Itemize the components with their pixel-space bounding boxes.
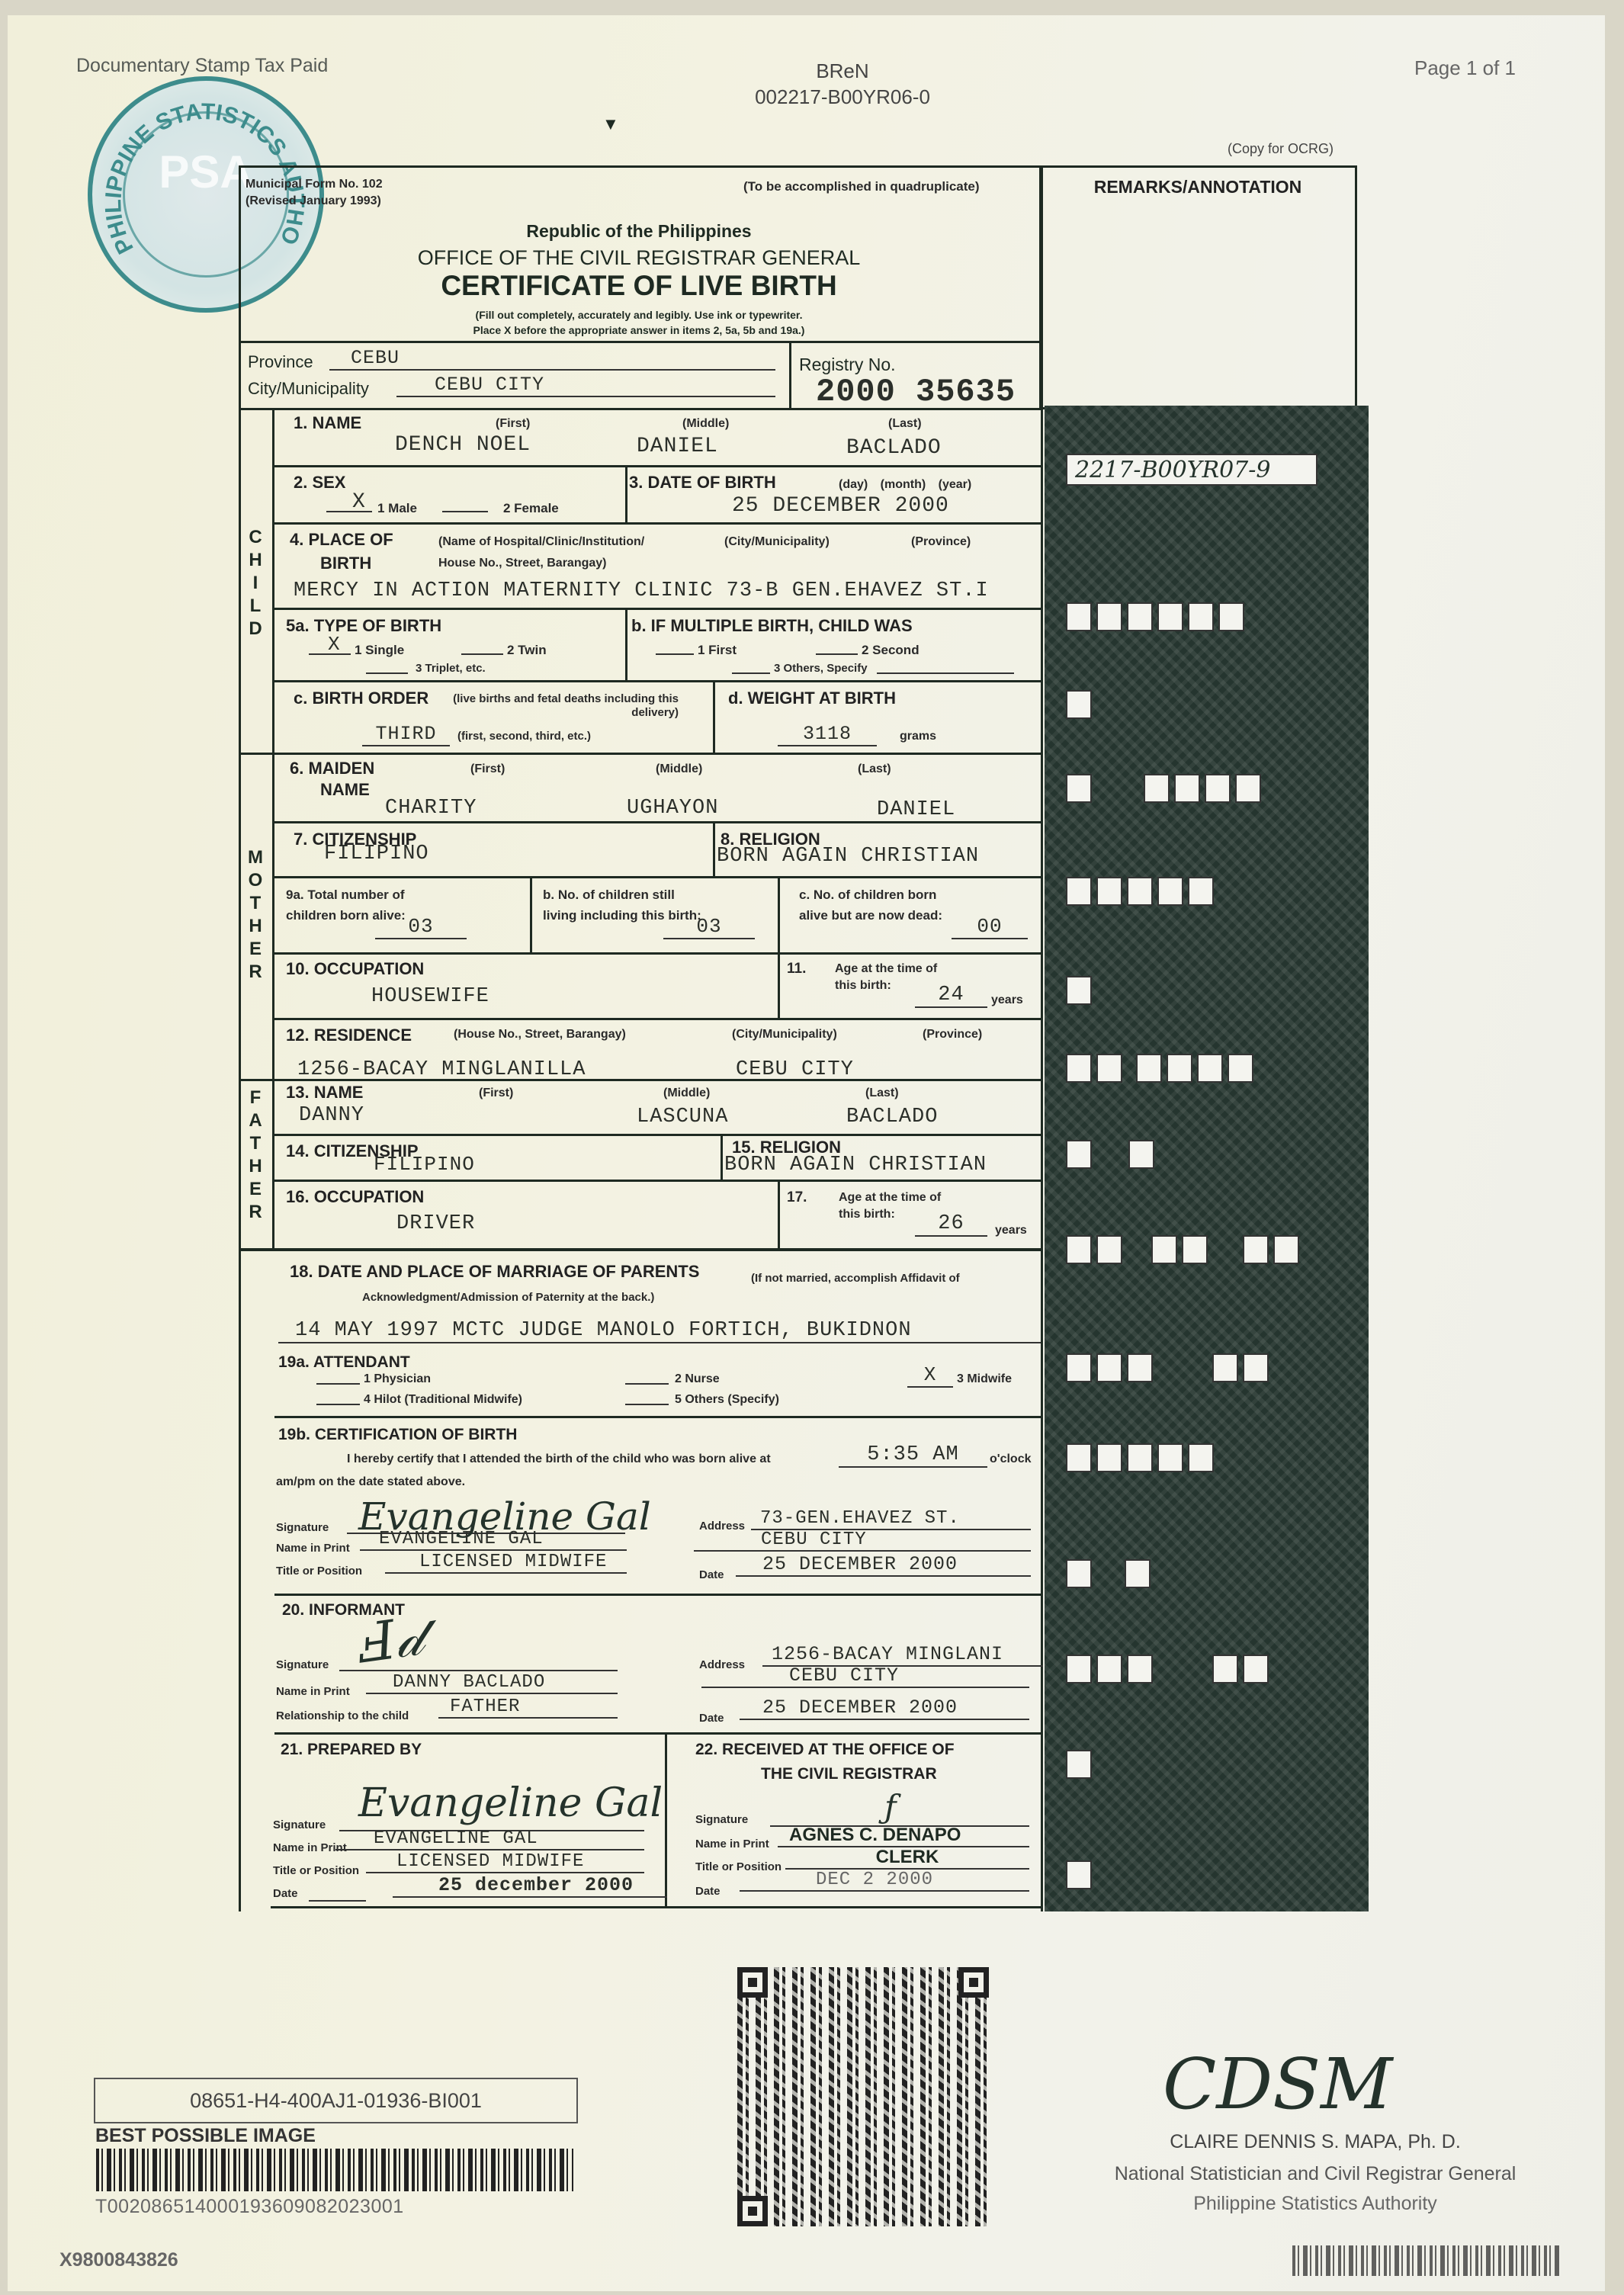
annotation-cell [1128, 1140, 1154, 1169]
others-option: 3 Others, Specify [774, 662, 868, 675]
annotation-cell [1182, 1235, 1208, 1264]
dob-parts: (day) (month) (year) [839, 478, 971, 492]
pob-hint-1: (Name of Hospital/Clinic/Institution/ [438, 535, 644, 549]
cert-signature-label: Signature [276, 1521, 329, 1534]
divider [272, 465, 1042, 467]
divider [272, 680, 1042, 682]
prepared-date-label: Date [273, 1887, 298, 1900]
triplet-blank [366, 663, 408, 674]
annotation-cell [1157, 602, 1183, 631]
annotation-cell [1273, 1235, 1299, 1264]
child-last-name: BACLADO [846, 436, 942, 460]
qr-finder [737, 2196, 768, 2226]
residence-city-hint: (City/Municipality) [732, 1028, 837, 1042]
divider [721, 1134, 723, 1180]
male-blank [326, 502, 372, 512]
annotation-cell [1127, 1353, 1153, 1382]
barcode-left-cont [412, 2149, 573, 2191]
received-name: AGNES C. DENAPO [778, 1825, 1029, 1847]
annotation-cell [1212, 1655, 1238, 1684]
section-letter: L [240, 595, 271, 618]
first-blank [656, 644, 694, 655]
cert-date-label: Date [699, 1568, 724, 1581]
maiden-label-2: NAME [320, 780, 370, 800]
annotation-box: 2217-B00YR07-9 [1066, 454, 1317, 486]
mark-icon: ▼ [602, 114, 619, 134]
barcode-number: T002086514000193609082023001 [95, 2196, 404, 2218]
agency-name: Philippine Statistics Authority [1067, 2193, 1563, 2215]
received-label-2: THE CIVIL REGISTRAR [761, 1765, 937, 1783]
female-blank [442, 502, 488, 512]
father-religion: BORN AGAIN CHRISTIAN [724, 1154, 987, 1176]
pob-value: MERCY IN ACTION MATERNITY CLINIC 73-B GE… [294, 579, 989, 602]
mother-occupation: HOUSEWIFE [371, 985, 489, 1008]
attendant-label: 19a. ATTENDANT [278, 1353, 410, 1372]
middle-label: (Middle) [682, 417, 729, 431]
annotation-cell [1243, 1235, 1269, 1264]
copy-for-ocrg: (Copy for OCRG) [1228, 141, 1334, 157]
pob-hint-2: House No., Street, Barangay) [438, 557, 607, 570]
father-middle-name: LASCUNA [637, 1106, 728, 1128]
mother-middle-name: UGHAYON [627, 797, 718, 820]
last-label: (Last) [888, 417, 922, 431]
section-letter: T [240, 892, 271, 915]
oclock-text: o'clock [990, 1452, 1032, 1466]
marriage-hint: (If not married, accomplish Affidavit of [751, 1266, 1025, 1291]
serial-number: X9800843826 [59, 2249, 178, 2271]
birth-time: 5:35 AM [839, 1443, 987, 1468]
annotation-cell [1096, 877, 1122, 906]
single-option: 1 Single [355, 643, 404, 658]
annotation-cell [1066, 976, 1092, 1005]
dob-label: 3. DATE OF BIRTH [629, 473, 776, 493]
cert-address-2: CEBU CITY [694, 1529, 1031, 1552]
remarks-box: REMARKS/ANNOTATION [1041, 165, 1357, 409]
triplet-option: 3 Triplet, etc. [416, 662, 486, 675]
pob-province-hint: (Province) [911, 535, 971, 549]
marriage-value: 14 MAY 1997 MCTC JUDGE MANOLO FORTICH, B… [278, 1319, 1041, 1343]
qr-finder [958, 1967, 989, 1998]
section-letter: O [240, 869, 271, 892]
annotation-cell [1066, 1443, 1092, 1472]
annotation-cell [1243, 1655, 1269, 1684]
annotation-cell [1125, 1559, 1151, 1588]
informant-name: DANNY BACLADO [366, 1672, 618, 1694]
cert-title: LICENSED MIDWIFE [385, 1552, 627, 1574]
qr-finder [737, 1967, 768, 1998]
marriage-hint-2: Acknowledgment/Admission of Paternity at… [362, 1291, 654, 1304]
annotation-column [1045, 406, 1369, 1911]
annotation-cell [1157, 877, 1183, 906]
divider [274, 1732, 1043, 1735]
section-letter: R [240, 1201, 271, 1224]
annotation-cell [1066, 1054, 1092, 1083]
province-value: CEBU [329, 347, 775, 371]
annotation-cell [1151, 1235, 1177, 1264]
child-section-label: CHILD [240, 526, 271, 640]
father-age: 26 [915, 1212, 987, 1237]
section-letter: I [240, 572, 271, 595]
stamp-tax-text: Documentary Stamp Tax Paid [76, 55, 328, 77]
signatory-signature: CDSM [1163, 2043, 1392, 2125]
divider [778, 876, 780, 952]
certification-label: 19b. CERTIFICATION OF BIRTH [278, 1426, 517, 1444]
divider [713, 821, 715, 876]
annotation-cell [1127, 602, 1153, 631]
mother-last-label: (Last) [858, 762, 891, 776]
annotation-cell [1188, 602, 1214, 631]
relationship-value: FATHER [438, 1696, 618, 1719]
residence-city: CEBU CITY [736, 1058, 854, 1081]
cert-name-label: Name in Print [276, 1542, 350, 1555]
maiden-label-1: 6. MAIDEN [290, 759, 374, 778]
section-letter: A [240, 1109, 271, 1132]
signatory-title: National Statistician and Civil Registra… [1060, 2163, 1571, 2185]
twin-blank [461, 644, 503, 655]
cert-name: EVANGELINE GAL [360, 1529, 627, 1551]
dead-children-label: c. No. of children born alive but are no… [799, 884, 959, 926]
annotation-cell [1096, 1235, 1122, 1264]
annotation-cell [1066, 1750, 1092, 1779]
form-number: Municipal Form No. 102 [246, 178, 383, 191]
section-letter: H [240, 1155, 271, 1178]
total-children-value: 03 [375, 915, 467, 939]
annotation-cell [1205, 774, 1231, 803]
qr-code [737, 1967, 989, 2226]
received-title: CLERK [785, 1847, 1029, 1870]
twin-option: 2 Twin [507, 643, 547, 658]
birth-order-hint: (live births and fetal deaths including … [450, 692, 679, 720]
father-age-unit: years [995, 1224, 1027, 1237]
divider [778, 952, 780, 1018]
informant-signature: Ⅎ𝒹 [355, 1605, 427, 1677]
divider [272, 1018, 1042, 1020]
annotation-cell [1066, 1655, 1092, 1684]
control-number: 08651-H4-400AJ1-01936-BI001 [95, 2079, 576, 2122]
remarks-label: REMARKS/ANNOTATION [1041, 177, 1355, 197]
annotation-cell [1174, 774, 1200, 803]
control-number-box: 08651-H4-400AJ1-01936-BI001 [94, 2078, 578, 2123]
informant-name-label: Name in Print [276, 1685, 350, 1698]
divider [625, 465, 627, 522]
divider [274, 1416, 1043, 1418]
first-label: (First) [496, 417, 530, 431]
divider [274, 1594, 1043, 1596]
annotation-cell [1127, 1443, 1153, 1472]
male-option: 1 Male [377, 501, 417, 516]
prepared-title-label: Title or Position [273, 1864, 359, 1877]
registry-label: Registry No. [799, 355, 896, 375]
mother-last-name: DANIEL [877, 798, 955, 821]
annotation-cell [1066, 877, 1092, 906]
annotation-cell [1066, 1860, 1092, 1889]
cert-title-label: Title or Position [276, 1565, 362, 1578]
informant-address-1: 1256-BACAY MINGLANI [762, 1643, 1043, 1667]
informant-address-2: CEBU CITY [701, 1664, 1029, 1688]
received-signature-label: Signature [695, 1813, 748, 1826]
divider [272, 522, 1042, 525]
second-option: 2 Second [862, 643, 920, 658]
divider [272, 876, 1042, 878]
pob-city-hint: (City/Municipality) [724, 535, 830, 549]
dob-value: 25 DECEMBER 2000 [732, 494, 949, 518]
form-revised: (Revised January 1993) [246, 194, 381, 208]
hilot-option: 4 Hilot (Traditional Midwife) [364, 1393, 522, 1407]
multiple-birth-label: b. IF MULTIPLE BIRTH, CHILD WAS [631, 616, 913, 636]
annotation-cell [1218, 602, 1244, 631]
section-letter: H [240, 549, 271, 572]
pob-label-2: BIRTH [320, 554, 371, 573]
birth-order-value: THIRD [362, 723, 450, 746]
divider [239, 408, 1043, 410]
divider [239, 1248, 1043, 1251]
province-label: Province [248, 352, 313, 372]
received-name-label: Name in Print [695, 1838, 769, 1850]
single-blank [309, 644, 351, 655]
father-middle-label: (Middle) [663, 1087, 710, 1100]
annotation-cell [1096, 1443, 1122, 1472]
others-blank [732, 663, 770, 674]
prepared-signature: Evangeline Gal [358, 1780, 663, 1826]
city-value: CEBU CITY [396, 374, 775, 397]
divider [272, 1180, 1042, 1182]
prepared-signature-label: Signature [273, 1818, 326, 1831]
certification-text-2: am/pm on the date stated above. [276, 1475, 465, 1489]
bren-label: BReN [774, 59, 911, 83]
mother-citizenship: FILIPINO [324, 843, 429, 865]
prepared-date-blank [309, 1891, 366, 1902]
cert-date: 25 DECEMBER 2000 [736, 1553, 1031, 1577]
midwife-mark: X [907, 1363, 953, 1388]
received-label-1: 22. RECEIVED AT THE OFFICE OF [695, 1741, 955, 1759]
prepared-label: 21. PREPARED BY [281, 1741, 422, 1759]
divider [239, 1079, 1043, 1081]
annotation-cell [1096, 1353, 1122, 1382]
section-letter: F [240, 1087, 271, 1109]
divider [272, 821, 1042, 823]
section-letter: D [240, 618, 271, 640]
received-date: DEC 2 2000 [740, 1870, 1029, 1892]
annotation-cell [1228, 1054, 1253, 1083]
father-section-label: FATHER [240, 1087, 271, 1224]
pob-label-1: 4. PLACE OF [290, 530, 393, 550]
annotation-cell [1144, 774, 1170, 803]
annotation-handwritten: 2217-B00YR07-9 [1075, 457, 1271, 483]
divider [530, 876, 532, 952]
father-first-label: (First) [479, 1087, 513, 1100]
prepared-title: LICENSED MIDWIFE [366, 1851, 644, 1873]
mother-occupation-label: 10. OCCUPATION [286, 959, 424, 979]
father-first-name: DANNY [299, 1104, 364, 1127]
annotation-cell [1136, 1054, 1162, 1083]
nurse-blank [625, 1374, 669, 1385]
father-last-label: (Last) [865, 1087, 899, 1100]
section-letter: E [240, 1178, 271, 1201]
informant-signature-label: Signature [276, 1658, 329, 1671]
child-first-name: DENCH NOEL [395, 433, 531, 457]
annotation-cell [1243, 1353, 1269, 1382]
nurse-option: 2 Nurse [675, 1372, 720, 1386]
first-option: 1 First [698, 643, 737, 658]
received-signature: ƒ [884, 1788, 897, 1825]
annotation-cell [1167, 1054, 1192, 1083]
divider [272, 1134, 1042, 1136]
birth-order-hint-2: (first, second, third, etc.) [457, 730, 591, 743]
registry-number: 2000 35635 [816, 374, 1016, 410]
annotation-cell [1127, 1655, 1153, 1684]
divider [271, 1906, 1042, 1908]
living-children-value: 03 [663, 915, 755, 939]
annotation-cell [1096, 602, 1122, 631]
father-name-label: 13. NAME [286, 1083, 363, 1103]
annotation-cell [1066, 690, 1092, 719]
marriage-label: 18. DATE AND PLACE OF MARRIAGE OF PARENT… [290, 1262, 699, 1282]
republic-text: Republic of the Philippines [239, 221, 1039, 242]
best-possible-image: BEST POSSIBLE IMAGE [95, 2125, 316, 2147]
office-text: OFFICE OF THE CIVIL REGISTRAR GENERAL [239, 246, 1039, 270]
section-letter: E [240, 938, 271, 961]
signatory-name: CLAIRE DENNIS S. MAPA, Ph. D. [1067, 2131, 1563, 2153]
section-letter: H [240, 915, 271, 938]
annotation-cell [1197, 1054, 1223, 1083]
second-blank [816, 644, 858, 655]
received-date-label: Date [695, 1885, 721, 1898]
mother-age: 24 [915, 984, 987, 1008]
mother-first-name: CHARITY [385, 797, 477, 820]
annotation-cell [1096, 1054, 1122, 1083]
physician-option: 1 Physician [364, 1372, 431, 1386]
barcode-left [96, 2149, 410, 2191]
weight-value: 3118 [778, 723, 877, 746]
section-letter: M [240, 846, 271, 869]
annotation-cell [1235, 774, 1261, 803]
others-attendant-blank [625, 1395, 669, 1405]
informant-date-label: Date [699, 1712, 724, 1725]
annotation-cell [1066, 602, 1092, 631]
female-option: 2 Female [503, 501, 559, 516]
divider [789, 341, 791, 409]
annotation-cell [1066, 774, 1092, 803]
others-attendant-option: 5 Others (Specify) [675, 1393, 779, 1407]
barcode-right [1292, 2245, 1559, 2276]
annotation-cell [1066, 1235, 1092, 1264]
annotation-cell [1212, 1353, 1238, 1382]
quadruplicate-note: (To be accomplished in quadruplicate) [743, 179, 980, 194]
child-middle-name: DANIEL [637, 435, 718, 458]
residence-hint: (House No., Street, Barangay) [454, 1028, 626, 1042]
annotation-cell [1096, 1655, 1122, 1684]
informant-date: 25 DECEMBER 2000 [740, 1696, 1029, 1720]
annotation-cell [1066, 1559, 1092, 1588]
sex-label: 2. SEX [294, 473, 345, 493]
dead-children-value: 00 [952, 915, 1028, 939]
others-specify-blank [877, 663, 1014, 674]
annotation-cell [1066, 1140, 1092, 1169]
mother-age-unit: years [991, 993, 1023, 1007]
residence-value: 1256-BACAY MINGLANILLA [297, 1058, 586, 1081]
divider [239, 753, 1043, 755]
mother-middle-label: (Middle) [656, 762, 702, 776]
relationship-label: Relationship to the child [276, 1709, 409, 1722]
city-label: City/Municipality [248, 379, 369, 399]
annotation-cell [1188, 1443, 1214, 1472]
divider [713, 680, 715, 753]
divider [272, 608, 1042, 610]
hilot-blank [316, 1395, 360, 1405]
prepared-date: 25 december 2000 [393, 1874, 667, 1898]
physician-blank [316, 1374, 360, 1385]
prepared-name: EVANGELINE GAL [335, 1828, 644, 1850]
annotation-cell [1188, 877, 1214, 906]
page-indicator: Page 1 of 1 [1414, 56, 1516, 80]
annotation-cell [1066, 1353, 1092, 1382]
bren-number: 002217-B00YR06-0 [701, 85, 984, 109]
child-name-label: 1. NAME [294, 413, 361, 433]
divider [272, 952, 1042, 955]
section-letter: R [240, 961, 271, 984]
birth-order-label: c. BIRTH ORDER [294, 688, 428, 708]
age-number-11: 11. [787, 961, 806, 977]
age-number-17: 17. [787, 1189, 807, 1206]
instructions-line1: (Fill out completely, accurately and leg… [239, 309, 1039, 321]
type-of-birth-label: 5a. TYPE OF BIRTH [286, 616, 441, 636]
cert-address-1: 73-GEN.EHAVEZ ST. [751, 1508, 1031, 1530]
weight-unit: grams [900, 730, 936, 743]
divider [778, 1180, 780, 1250]
residence-label: 12. RESIDENCE [286, 1026, 412, 1045]
document-title: CERTIFICATE OF LIVE BIRTH [239, 270, 1039, 302]
midwife-option: 3 Midwife [957, 1372, 1012, 1386]
mother-section-label: MOTHER [240, 846, 271, 984]
mother-first-label: (First) [470, 762, 505, 776]
instructions-line2: Place X before the appropriate answer in… [239, 324, 1039, 336]
header-divider [1039, 165, 1041, 409]
father-occupation-label: 16. OCCUPATION [286, 1187, 424, 1207]
certification-text-1: I hereby certify that I attended the bir… [347, 1452, 771, 1466]
father-occupation: DRIVER [396, 1212, 475, 1235]
father-last-name: BACLADO [846, 1106, 938, 1128]
annotation-cell [1157, 1443, 1183, 1472]
divider [625, 608, 627, 680]
section-letter: T [240, 1132, 271, 1155]
mother-religion: BORN AGAIN CHRISTIAN [717, 845, 979, 868]
divider [239, 341, 1043, 343]
annotation-cell [1127, 877, 1153, 906]
weight-label: d. WEIGHT AT BIRTH [728, 688, 896, 708]
father-citizenship: FILIPINO [374, 1153, 475, 1176]
section-divider [272, 408, 274, 1250]
residence-province-hint: (Province) [923, 1028, 982, 1042]
section-letter: C [240, 526, 271, 549]
